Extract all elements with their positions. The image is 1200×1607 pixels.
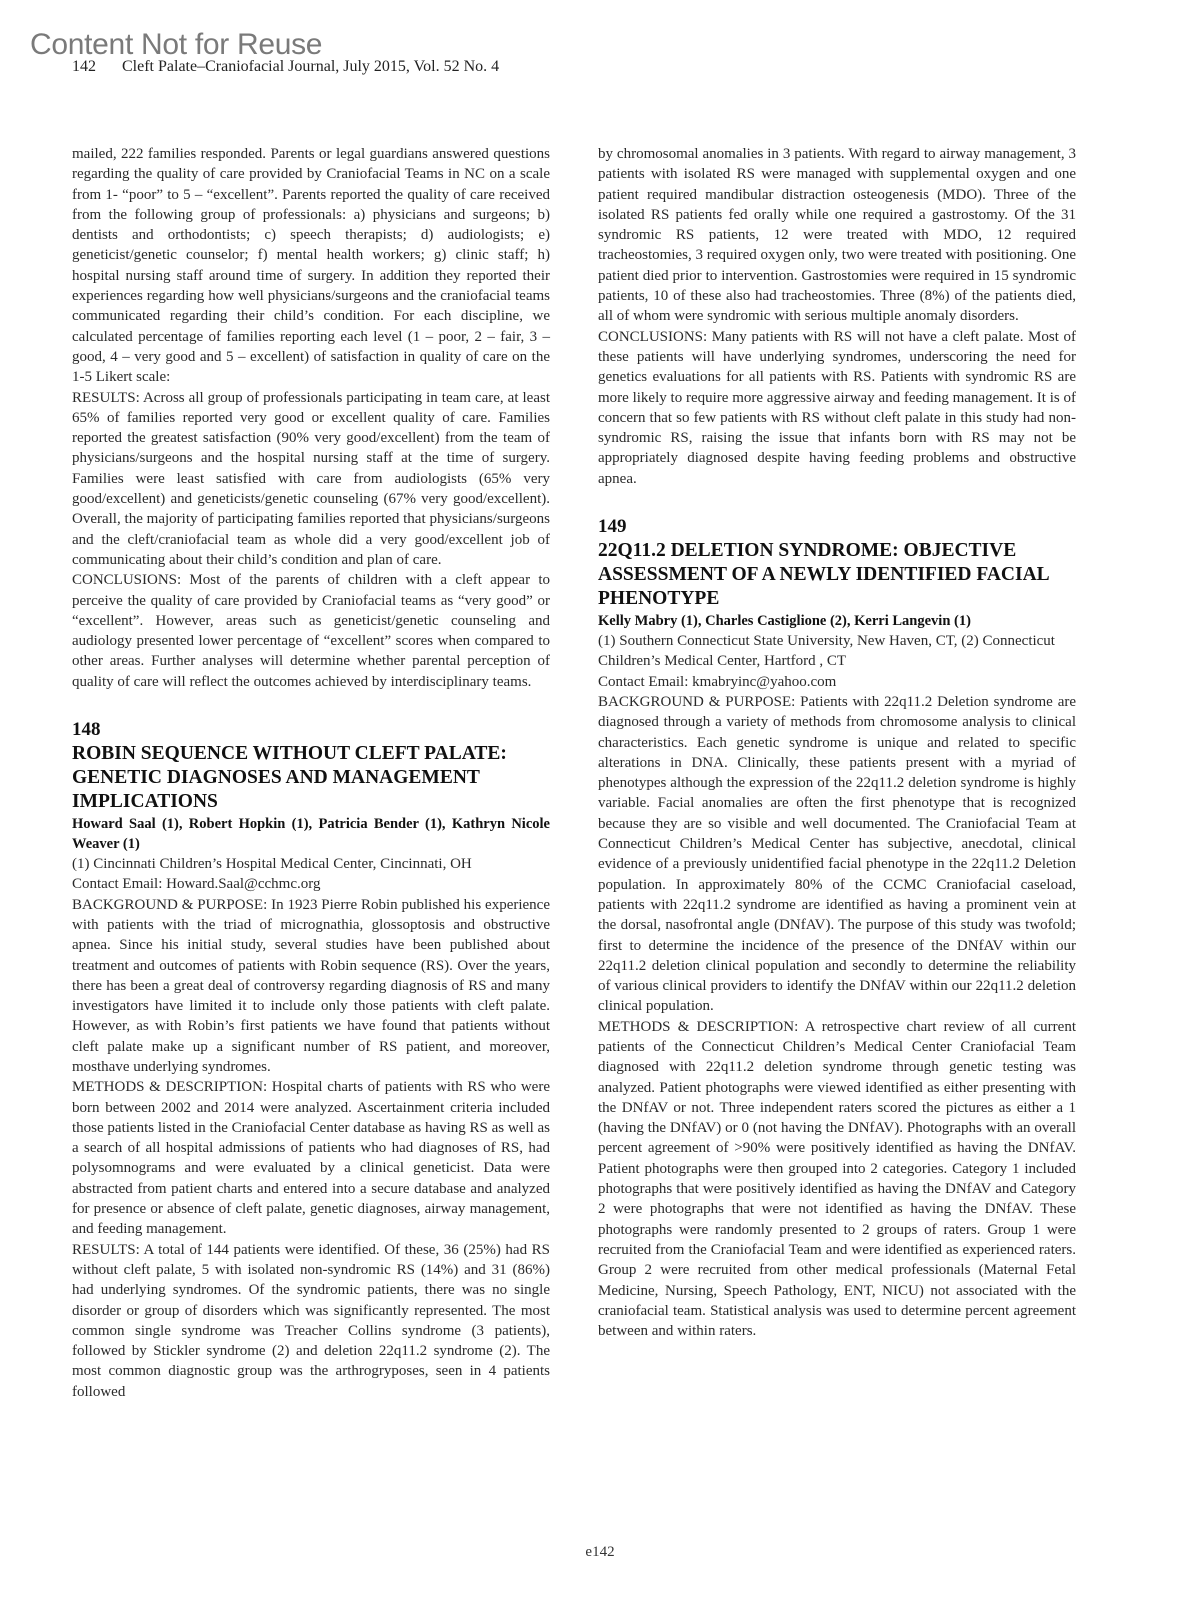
paragraph-background: BACKGROUND & PURPOSE: In 1923 Pierre Rob… — [72, 895, 550, 1078]
paragraph-results-continued: by chromosomal anomalies in 3 patients. … — [598, 144, 1076, 327]
abstract-affiliation: (1) Cincinnati Children’s Hospital Medic… — [72, 854, 550, 874]
abstract-title: 22Q11.2 DELETION SYNDROME: OBJECTIVE ASS… — [598, 539, 1076, 611]
paragraph-results: RESULTS: Across all group of professiona… — [72, 388, 550, 571]
paragraph-methods-continued: mailed, 222 families responded. Parents … — [72, 144, 550, 388]
paragraph-conclusions: CONCLUSIONS: Many patients with RS will … — [598, 327, 1076, 489]
abstract-number: 149 — [598, 515, 1076, 539]
paragraph-methods: METHODS & DESCRIPTION: Hospital charts o… — [72, 1077, 550, 1239]
paragraph-methods: METHODS & DESCRIPTION: A retrospective c… — [598, 1017, 1076, 1342]
abstract-affiliation: (1) Southern Connecticut State Universit… — [598, 631, 1076, 672]
page-number: 142 — [72, 58, 118, 76]
abstract-authors: Kelly Mabry (1), Charles Castiglione (2)… — [598, 611, 1076, 631]
paragraph-background: BACKGROUND & PURPOSE: Patients with 22q1… — [598, 692, 1076, 1017]
left-column: mailed, 222 families responded. Parents … — [72, 144, 550, 1402]
abstract-title: ROBIN SEQUENCE WITHOUT CLEFT PALATE: GEN… — [72, 742, 550, 814]
abstract-authors: Howard Saal (1), Robert Hopkin (1), Patr… — [72, 814, 550, 854]
abstract-number: 148 — [72, 718, 550, 742]
journal-citation: Cleft Palate–Craniofacial Journal, July … — [122, 58, 499, 75]
watermark: Content Not for Reuse — [30, 30, 322, 60]
abstract-contact-email: Contact Email: kmabryinc@yahoo.com — [598, 672, 1076, 692]
paragraph-results: RESULTS: A total of 144 patients were id… — [72, 1240, 550, 1402]
page-folio: e142 — [0, 1544, 1200, 1561]
running-head: 142 Cleft Palate–Craniofacial Journal, J… — [72, 58, 499, 76]
right-column: by chromosomal anomalies in 3 patients. … — [598, 144, 1076, 1341]
paragraph-conclusions: CONCLUSIONS: Most of the parents of chil… — [72, 570, 550, 692]
abstract-contact-email: Contact Email: Howard.Saal@cchmc.org — [72, 874, 550, 894]
